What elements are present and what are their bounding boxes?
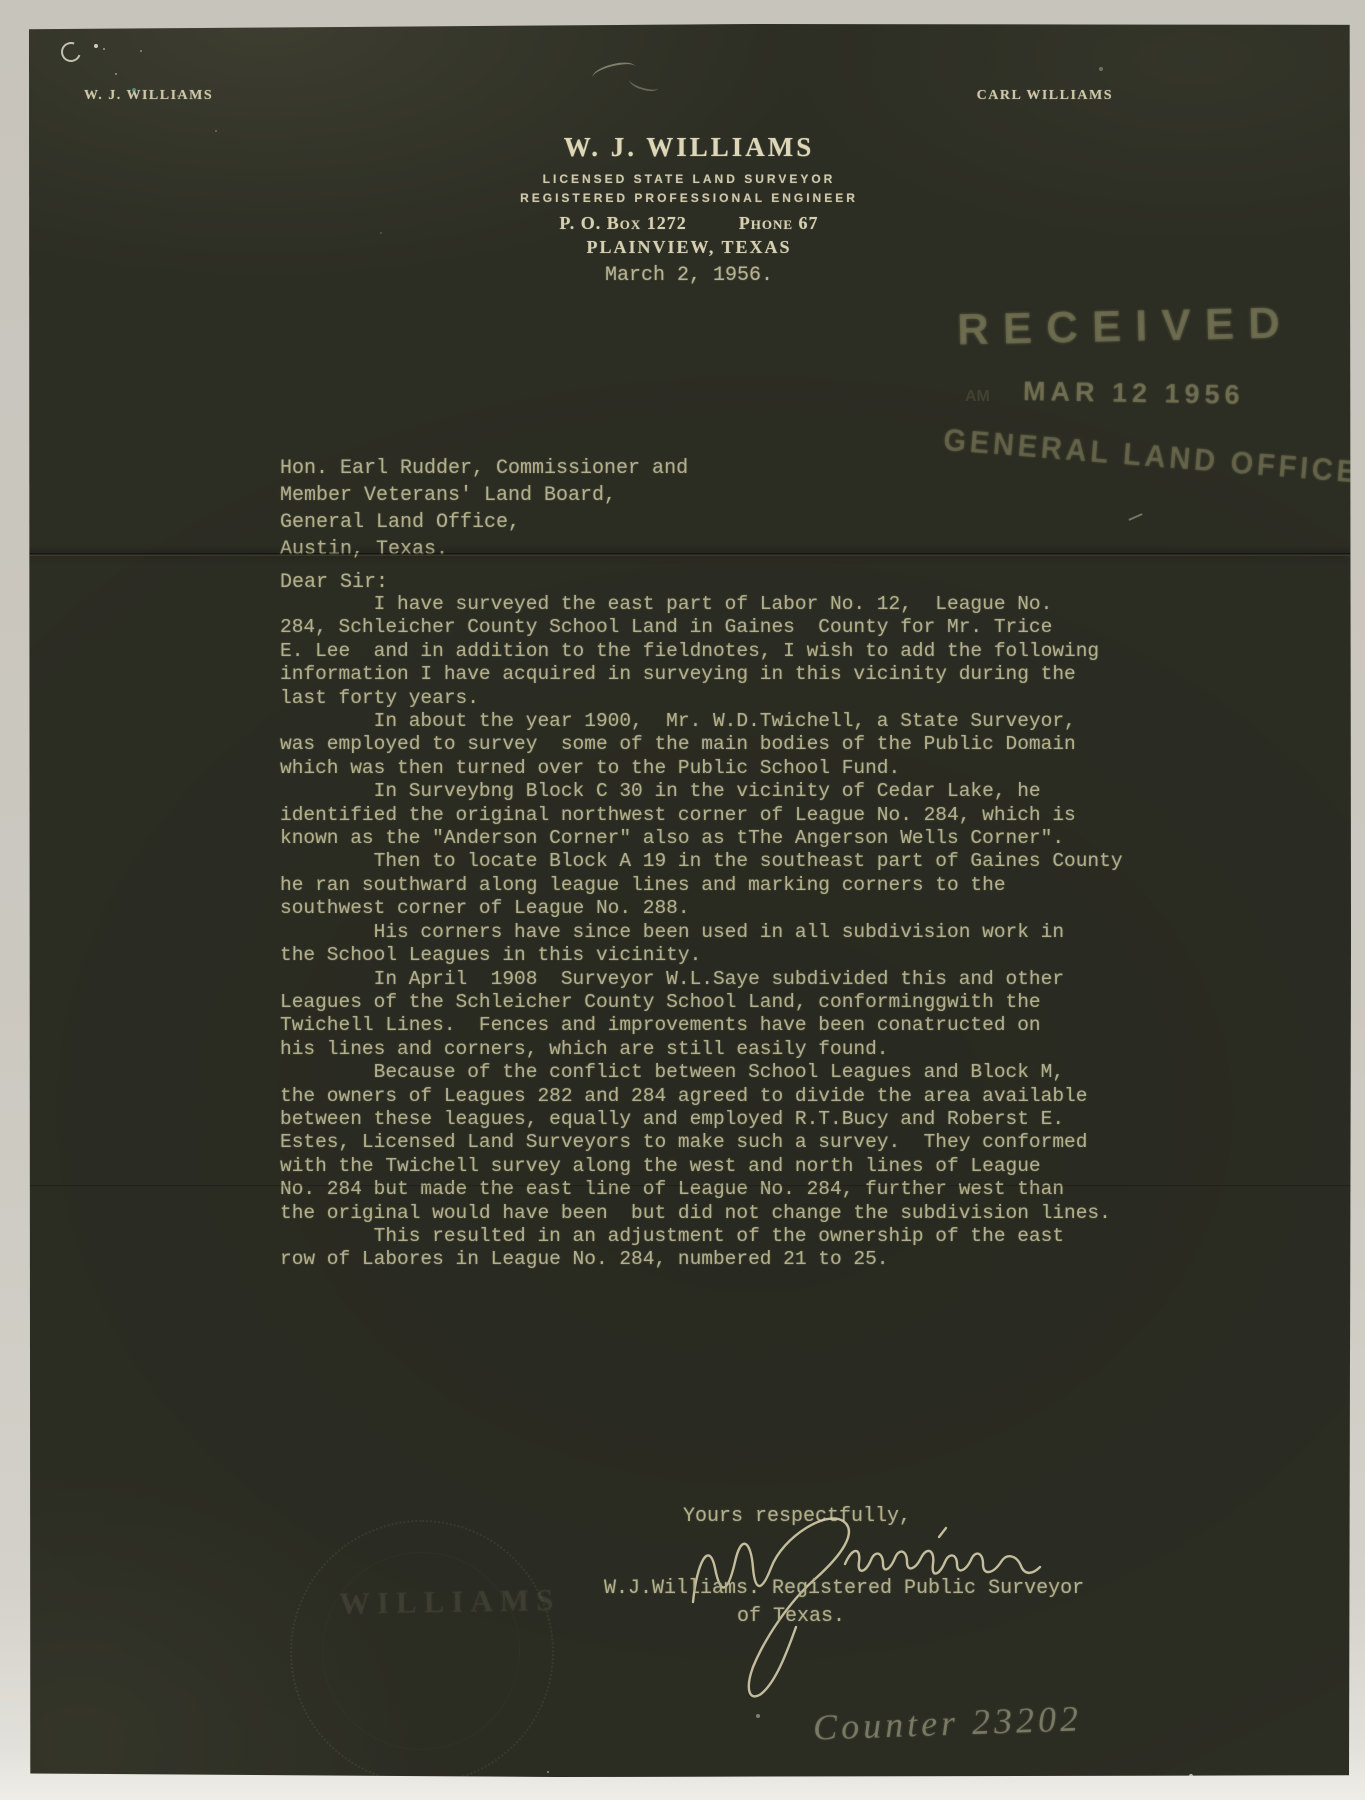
handwritten-counter-number: Counter 23202 xyxy=(812,1697,1082,1748)
fold-crease-upper xyxy=(27,553,1351,556)
ghost-offset-print: WILLIAMS xyxy=(339,1582,561,1622)
letter-body: I have surveyed the east part of Labor N… xyxy=(280,593,1123,1272)
received-stamp-fragment: AM xyxy=(965,388,990,406)
typed-signature-name-2: of Texas. xyxy=(737,1605,845,1628)
salutation: Dear Sir: xyxy=(280,571,388,594)
recipient-address: Hon. Earl Rudder, Commissioner and Membe… xyxy=(280,455,688,563)
dust-specks xyxy=(27,24,29,26)
letterhead-title-2: REGISTERED PROFESSIONAL ENGINEER xyxy=(27,190,1351,206)
letter-sheet: W. J. WILLIAMS CARL WILLIAMS W. J. WILLI… xyxy=(27,24,1351,1777)
scratch-mark-top-center-2 xyxy=(628,74,660,94)
letterhead-contact: P. O. Box 1272Phone 67 xyxy=(27,213,1351,233)
scanned-letter-page: W. J. WILLIAMS CARL WILLIAMS W. J. WILLI… xyxy=(0,0,1365,1800)
check-tick-mark xyxy=(1128,513,1143,521)
received-stamp-word: RECEIVED xyxy=(957,298,1295,355)
typed-signature-name: W.J.Williams. Registered Public Surveyor xyxy=(604,1577,1084,1600)
received-stamp-office: GENERAL LAND OFFICE xyxy=(942,422,1361,491)
printed-name-left: W. J. WILLIAMS xyxy=(84,88,213,104)
letterhead-title-1: LICENSED STATE LAND SURVEYOR xyxy=(27,171,1351,187)
letterhead-po-box: P. O. Box 1272 xyxy=(559,213,686,233)
letterhead-name: W. J. WILLIAMS xyxy=(27,132,1351,162)
embossed-seal-inner-ring xyxy=(322,1552,520,1750)
letterhead-phone: Phone 67 xyxy=(739,213,819,233)
stray-period-mark xyxy=(756,1714,760,1718)
printed-name-right: CARL WILLIAMS xyxy=(977,88,1113,104)
fold-crease-lower xyxy=(27,1185,1351,1187)
date-line: March 2, 1956. xyxy=(27,264,1351,287)
letterhead: W. J. WILLIAMS LICENSED STATE LAND SURVE… xyxy=(27,132,1351,287)
letterhead-city: PLAINVIEW, TEXAS xyxy=(27,237,1351,257)
scratch-mark-corner xyxy=(58,39,85,66)
signature-autograph xyxy=(677,1506,1057,1716)
received-stamp-date: MAR 12 1956 xyxy=(1023,376,1245,411)
